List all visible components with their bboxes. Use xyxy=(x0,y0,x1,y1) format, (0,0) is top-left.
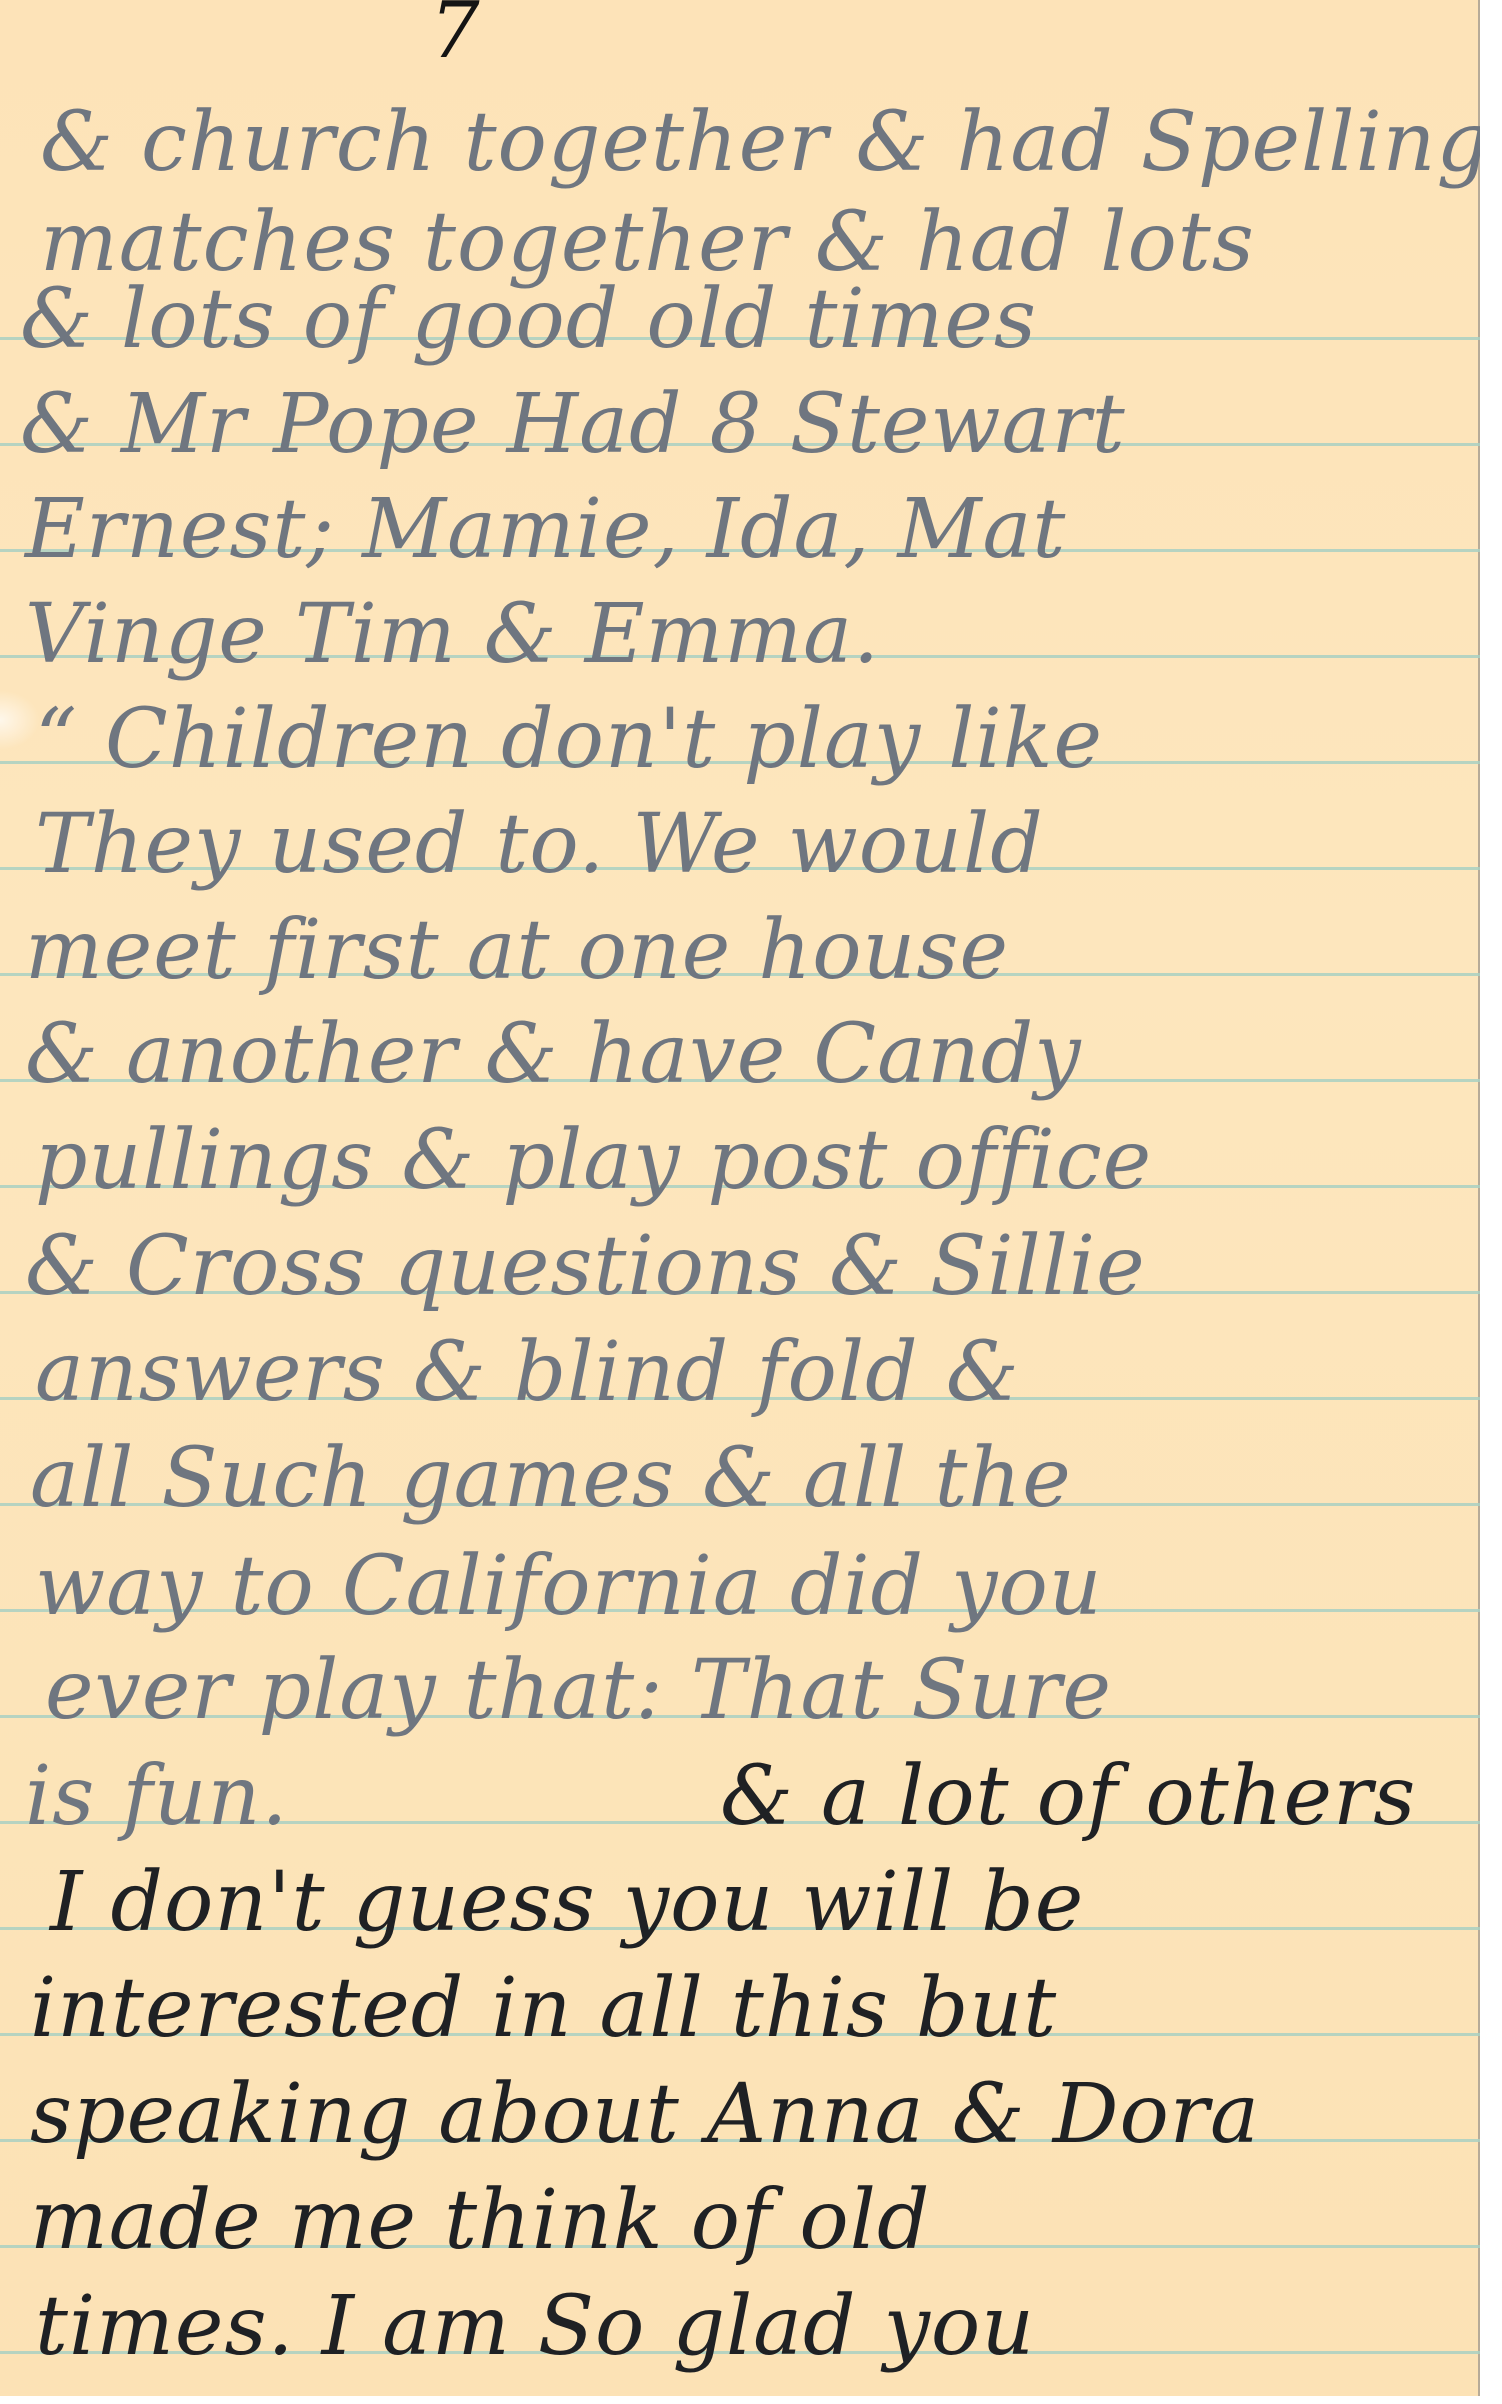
line-text: is fun. xyxy=(25,1749,288,1844)
handwritten-line: I don't guess you will be xyxy=(50,1862,1480,1944)
handwritten-line: way to California did you xyxy=(35,1546,1480,1628)
handwritten-line: made me think of old xyxy=(30,2180,1480,2262)
line-text: speaking about Anna & Dora xyxy=(30,2067,1260,2162)
line-text: pullings & play post office xyxy=(35,1113,1152,1208)
line-text: ever play that: That Sure xyxy=(45,1643,1112,1738)
handwritten-line: Vinge Tim & Emma. xyxy=(25,594,1480,676)
handwritten-line: speaking about Anna & Dora xyxy=(30,2074,1480,2156)
handwritten-line: Ernest; Mamie, Ida, Mat xyxy=(25,489,1480,571)
line-text-continuation: & a lot of others xyxy=(720,1756,1416,1838)
handwritten-line: times. I am So glad you xyxy=(35,2286,1480,2368)
handwritten-line: They used to. We would xyxy=(35,804,1480,886)
line-text: & church together & had Spelling xyxy=(40,95,1480,190)
line-text: made me think of old xyxy=(30,2173,931,2268)
handwritten-line: “ Children don't play like xyxy=(35,699,1480,781)
handwritten-line: & lots of good old times xyxy=(20,279,1480,361)
handwritten-line: is fun.& a lot of others xyxy=(25,1756,1480,1838)
line-text: & Cross questions & Sillie xyxy=(25,1219,1146,1314)
handwritten-line: & Mr Pope Had 8 Stewart xyxy=(20,384,1480,466)
handwritten-line: pullings & play post office xyxy=(35,1120,1480,1202)
line-text: meet first at one house xyxy=(25,903,1009,998)
handwritten-line: meet first at one house xyxy=(25,910,1480,992)
line-text: Ernest; Mamie, Ida, Mat xyxy=(25,482,1066,577)
line-text: & another & have Candy xyxy=(25,1007,1082,1102)
line-text: & Mr Pope Had 8 Stewart xyxy=(20,377,1126,472)
handwritten-line: & another & have Candy xyxy=(25,1014,1480,1096)
handwritten-line: & church together & had Spelling xyxy=(40,102,1480,184)
handwritten-line: interested in all this but xyxy=(30,1968,1480,2050)
line-text: “ Children don't play like xyxy=(35,692,1103,787)
page-number: 7 xyxy=(430,0,480,76)
handwritten-line: answers & blind fold & xyxy=(35,1332,1480,1414)
paper-fold-mark xyxy=(0,690,40,750)
handwritten-line: ever play that: That Sure xyxy=(45,1650,1480,1732)
line-text: Vinge Tim & Emma. xyxy=(25,587,880,682)
letter-page: 7 & church together & had Spellingmatche… xyxy=(0,0,1480,2396)
line-text: interested in all this but xyxy=(30,1961,1057,2056)
line-text: & lots of good old times xyxy=(20,272,1037,367)
handwritten-line: & Cross questions & Sillie xyxy=(25,1226,1480,1308)
line-text: I don't guess you will be xyxy=(50,1855,1084,1950)
line-text: They used to. We would xyxy=(35,797,1044,892)
line-text: all Such games & all the xyxy=(30,1431,1072,1526)
line-text: times. I am So glad you xyxy=(35,2279,1035,2374)
line-text: answers & blind fold & xyxy=(35,1325,1020,1420)
handwritten-line: all Such games & all the xyxy=(30,1438,1480,1520)
line-text: way to California did you xyxy=(35,1539,1103,1634)
